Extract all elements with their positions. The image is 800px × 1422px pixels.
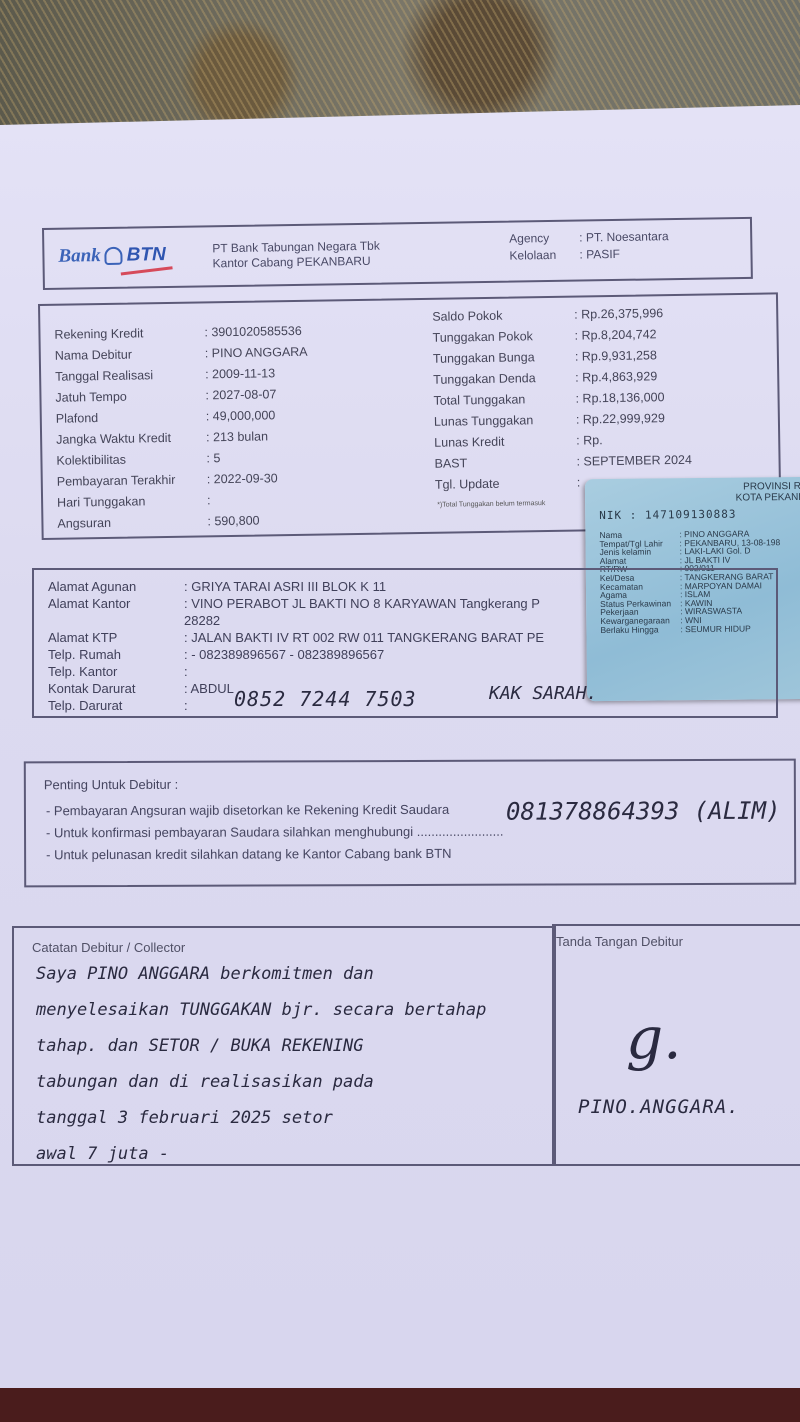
field-label: Alamat KTP <box>48 629 184 646</box>
account-left-fields: Rekening Kredit: 3901020585536Nama Debit… <box>54 320 310 534</box>
agency-label: Agency <box>509 230 579 248</box>
field-label: Total Tunggakan <box>433 391 575 407</box>
field-value: : SEPTEMBER 2024 <box>576 452 692 468</box>
field-label: Jangka Waktu Kredit <box>56 430 206 446</box>
field-value: : Rp.22,999,929 <box>576 411 665 426</box>
field-value: : Rp. <box>576 433 603 447</box>
field-value: : VINO PERABOT JL BAKTI NO 8 KARYAWAN Ta… <box>184 595 540 612</box>
field-label: Plafond <box>56 409 206 425</box>
address-field-row: 28282 <box>48 612 544 629</box>
field-label: Lunas Kredit <box>434 433 576 449</box>
agency-info: Agency: PT. Noesantara Kelolaan: PASIF <box>509 228 669 264</box>
field-value: : <box>577 475 581 489</box>
note-item: - Pembayaran Angsuran wajib disetorkan k… <box>44 799 503 823</box>
field-value: : Rp.8,204,742 <box>574 327 656 342</box>
ktp-province-name: PROVINSI R <box>735 481 800 493</box>
field-label: Tgl. Update <box>435 475 577 491</box>
table-surface <box>0 1388 800 1422</box>
handwritten-emergency-phone: 0852 7244 7503 <box>234 687 417 711</box>
field-label: Pembayaran Terakhir <box>57 472 207 488</box>
handwritten-line: tahap. dan SETOR / BUKA REKENING <box>36 1028 546 1064</box>
account-field-row: Angsuran: 590,800 <box>57 509 310 534</box>
field-value: : 213 bulan <box>206 429 268 444</box>
branch-name: Kantor Cabang PEKANBARU <box>212 254 380 272</box>
field-label: Tunggakan Bunga <box>433 349 575 365</box>
ktp-nik: NIK : 147109130883 <box>599 508 736 522</box>
address-field-row: Alamat Kantor: VINO PERABOT JL BAKTI NO … <box>48 595 544 612</box>
account-right-fields: Saldo Pokok: Rp.26,375,996Tunggakan Poko… <box>432 302 692 495</box>
field-value: : PINO ANGGARA <box>205 344 308 360</box>
signature-mark: g. <box>626 1004 682 1072</box>
note-item: - Untuk konfirmasi pembayaran Saudara si… <box>44 821 503 845</box>
field-label: Lunas Tunggakan <box>434 412 576 428</box>
collector-notes-label: Catatan Debitur / Collector <box>32 940 185 955</box>
field-value: : 5 <box>206 451 220 465</box>
field-value: : 2022-09-30 <box>207 471 278 486</box>
field-label: Nama Debitur <box>55 346 205 362</box>
address-field-row: Telp. Rumah: - 082389896567 - 0823898965… <box>48 646 544 663</box>
handwritten-line: tanggal 3 februari 2025 setor <box>36 1100 546 1136</box>
btn-logo: Bank BTN <box>58 244 166 268</box>
handwritten-line: awal 7 juta - <box>36 1136 546 1172</box>
field-label: BAST <box>434 454 576 470</box>
field-value: : 49,000,000 <box>206 408 276 423</box>
field-value: : Rp.18,136,000 <box>575 390 664 405</box>
signature-box: Tanda Tangan Debitur g. PINO.ANGGARA. <box>552 924 800 1166</box>
signature-name: PINO.ANGGARA. <box>578 1096 740 1118</box>
notes-title: Penting Untuk Debitur : <box>44 776 503 793</box>
field-label: Hari Tunggakan <box>57 493 207 509</box>
ktp-nik-label: NIK <box>599 509 622 522</box>
field-label: Telp. Rumah <box>48 646 184 663</box>
house-icon <box>105 247 123 265</box>
field-value: : <box>184 697 188 714</box>
field-value: : 2009-11-13 <box>205 366 275 381</box>
field-value: : ABDUL . <box>184 680 241 697</box>
logo-bank-text: Bank <box>58 245 101 268</box>
field-label: Tanggal Realisasi <box>55 367 205 383</box>
handwritten-line: tabungan dan di realisasikan pada <box>36 1064 546 1100</box>
handwritten-line: menyelesaikan TUNGGAKAN bjr. secara bert… <box>36 992 546 1028</box>
field-value: : 590,800 <box>207 513 259 528</box>
field-value: : 3901020585536 <box>204 323 302 339</box>
field-value: : 2027-08-07 <box>205 387 276 402</box>
field-value: : Rp.26,375,996 <box>574 306 663 321</box>
field-label: Tunggakan Denda <box>433 370 575 386</box>
field-label <box>48 612 184 629</box>
logo-brand-text: BTN <box>127 244 166 267</box>
field-label: Rekening Kredit <box>54 325 204 341</box>
footnote: *)Total Tunggakan belum termasuk <box>437 500 545 509</box>
notes-content: Penting Untuk Debitur : - Pembayaran Ang… <box>44 776 504 867</box>
field-value: : Rp.4,863,929 <box>575 369 657 384</box>
ktp-province: PROVINSI R KOTA PEKANI <box>735 481 800 504</box>
handwritten-confirm-contact: 081378864393 (ALIM) <box>506 797 781 826</box>
field-label: Telp. Darurat <box>48 697 184 714</box>
kelolaan-label: Kelolaan <box>509 247 579 265</box>
field-label: Kontak Darurat <box>48 680 184 697</box>
handwritten-notes: Saya PINO ANGGARA berkomitmen danmenyele… <box>36 956 546 1172</box>
collector-notes-box: Catatan Debitur / Collector Saya PINO AN… <box>12 926 556 1166</box>
header-box: Bank BTN PT Bank Tabungan Negara Tbk Kan… <box>42 217 753 290</box>
address-box: Alamat Agunan: GRIYA TARAI ASRI III BLOK… <box>32 568 778 718</box>
field-value: : <box>184 663 188 680</box>
field-value: 28282 <box>184 612 220 629</box>
company-info: PT Bank Tabungan Negara Tbk Kantor Caban… <box>212 239 380 272</box>
address-field-row: Alamat KTP: JALAN BAKTI IV RT 002 RW 011… <box>48 629 544 646</box>
handwritten-emergency-name: KAK SARAH. <box>489 683 597 704</box>
address-field-row: Telp. Kantor: <box>48 663 544 680</box>
field-value: : GRIYA TARAI ASRI III BLOK K 11 <box>184 578 386 595</box>
field-label: Telp. Kantor <box>48 663 184 680</box>
kelolaan-value: : PASIF <box>579 246 620 264</box>
field-label: Saldo Pokok <box>432 307 574 323</box>
important-notes-box: Penting Untuk Debitur : - Pembayaran Ang… <box>24 759 796 888</box>
agency-value: : PT. Noesantara <box>579 228 669 246</box>
field-value: : JALAN BAKTI IV RT 002 RW 011 TANGKERAN… <box>184 629 544 646</box>
field-value: : Rp.9,931,258 <box>575 348 657 363</box>
field-value: : <box>207 493 211 507</box>
note-item: - Untuk pelunasan kredit silahkan datang… <box>44 843 503 867</box>
field-label: Tunggakan Pokok <box>432 328 574 344</box>
handwritten-line: Saya PINO ANGGARA berkomitmen dan <box>36 956 546 992</box>
ktp-city-name: KOTA PEKANI <box>736 492 800 504</box>
field-label: Angsuran <box>57 514 207 530</box>
field-label: Jatuh Tempo <box>55 388 205 404</box>
field-label: Alamat Kantor <box>48 595 184 612</box>
signature-label: Tanda Tangan Debitur <box>556 934 683 949</box>
field-value: : - 082389896567 - 082389896567 <box>184 646 384 663</box>
ktp-nik-value: : 147109130883 <box>630 508 737 522</box>
field-label: Alamat Agunan <box>48 578 184 595</box>
address-field-row: Alamat Agunan: GRIYA TARAI ASRI III BLOK… <box>48 578 544 595</box>
field-label: Kolektibilitas <box>56 451 206 467</box>
